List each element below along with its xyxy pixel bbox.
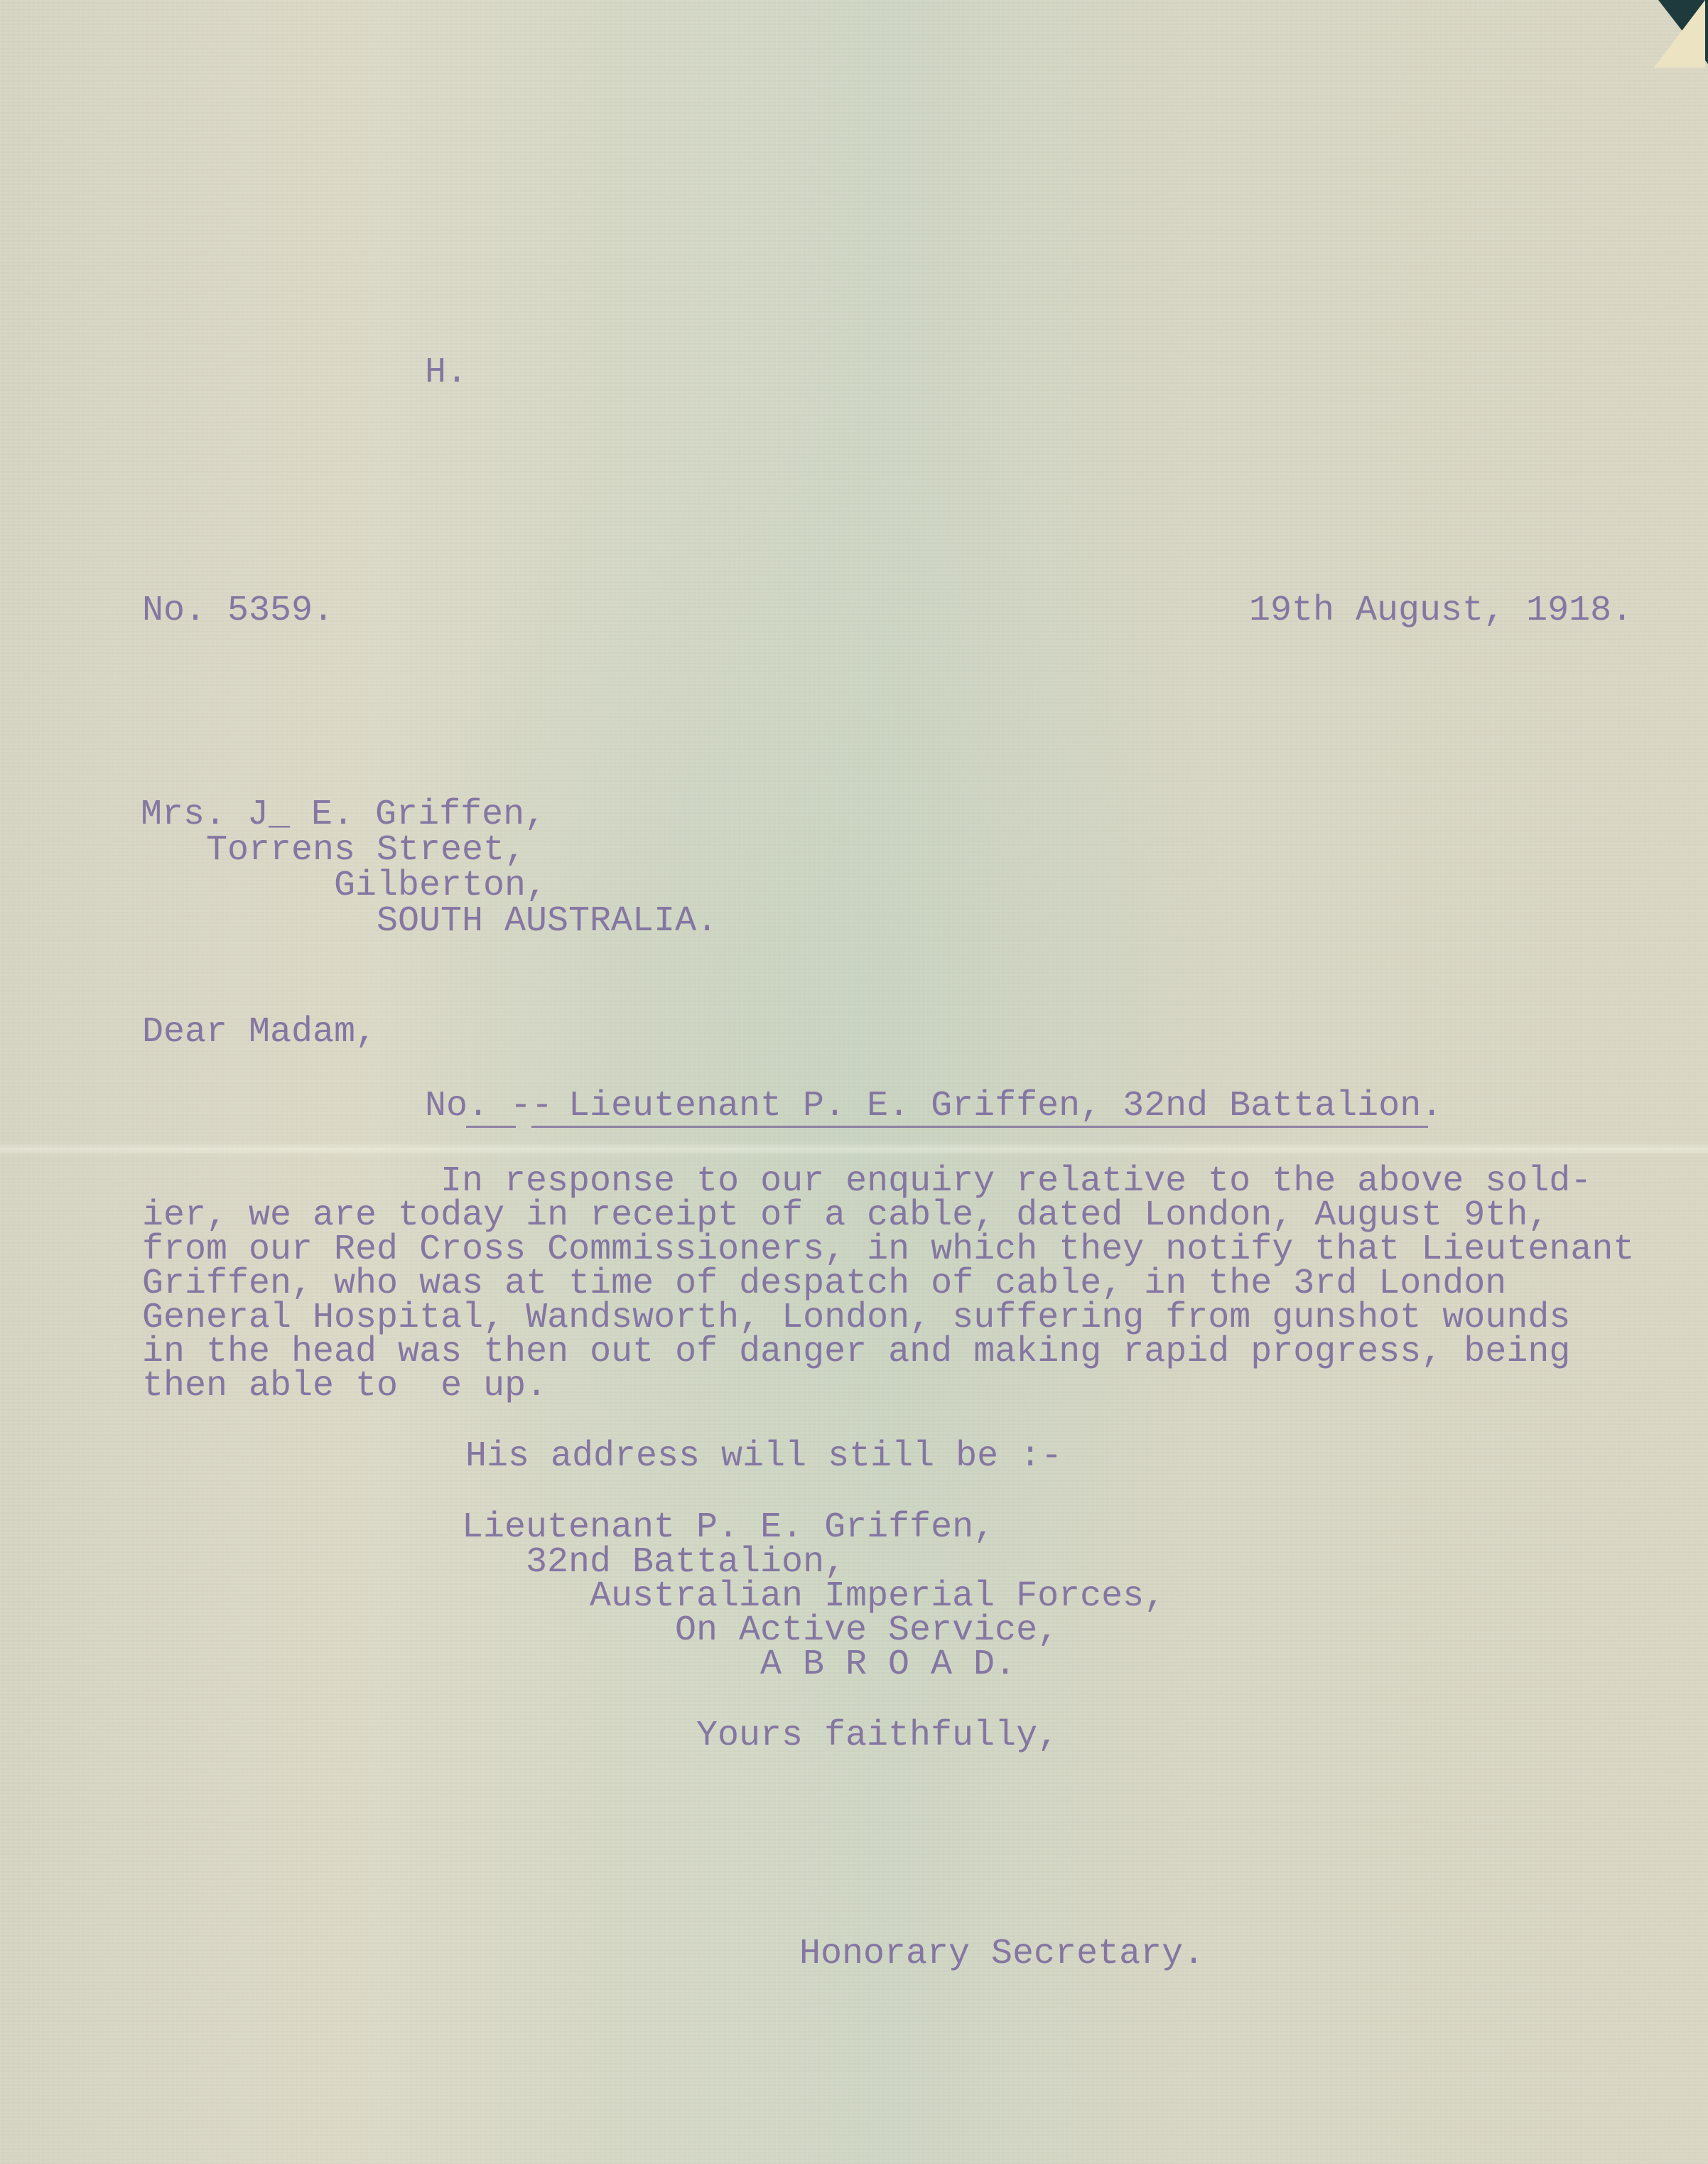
body-line: in the head was then out of danger and m… [142, 1335, 1570, 1370]
body-line: from our Red Cross Commissioners, in whi… [142, 1232, 1634, 1268]
soldier-location: A B R O A D. [760, 1647, 1016, 1683]
subject-prefix: No. -- [425, 1089, 553, 1124]
recipient-state: SOUTH AUSTRALIA. [377, 904, 718, 940]
letter-date: 19th August, 1918. [1249, 593, 1633, 629]
closing: Yours faithfully, [696, 1718, 1059, 1754]
paper-background [0, 0, 1708, 2164]
soldier-name: Lieutenant P. E. Griffen, [462, 1510, 995, 1546]
paper-fold-line [0, 1143, 1708, 1156]
body-line: Griffen, who was at time of despatch of … [142, 1266, 1506, 1302]
recipient-name: Mrs. J_ E. Griffen, [141, 797, 546, 833]
curled-page-corner [1654, 0, 1705, 68]
soldier-forces: Australian Imperial Forces, [590, 1579, 1165, 1615]
body-line: ier, we are today in receipt of a cable,… [142, 1198, 1549, 1234]
recipient-suburb: Gilberton, [334, 868, 547, 904]
subject-text: Lieutenant P. E. Griffen, 32nd Battalion… [568, 1089, 1442, 1124]
salutation: Dear Madam, [142, 1015, 377, 1050]
subject-underline [531, 1126, 1428, 1128]
recipient-street: Torrens Street, [206, 833, 526, 868]
soldier-service: On Active Service, [675, 1613, 1059, 1649]
body-line: In response to our enquiry relative to t… [440, 1164, 1591, 1200]
letter-initial: H. [425, 355, 467, 391]
signatory-title: Honorary Secretary. [799, 1937, 1204, 1972]
soldier-battalion: 32nd Battalion, [526, 1545, 845, 1581]
reference-number: No. 5359. [142, 593, 334, 629]
subject-underline-short [466, 1126, 516, 1128]
body-line: General Hospital, Wandsworth, London, su… [142, 1301, 1570, 1336]
address-intro: His address will still be :- [465, 1439, 1062, 1475]
body-line: then able to e up. [142, 1369, 547, 1404]
